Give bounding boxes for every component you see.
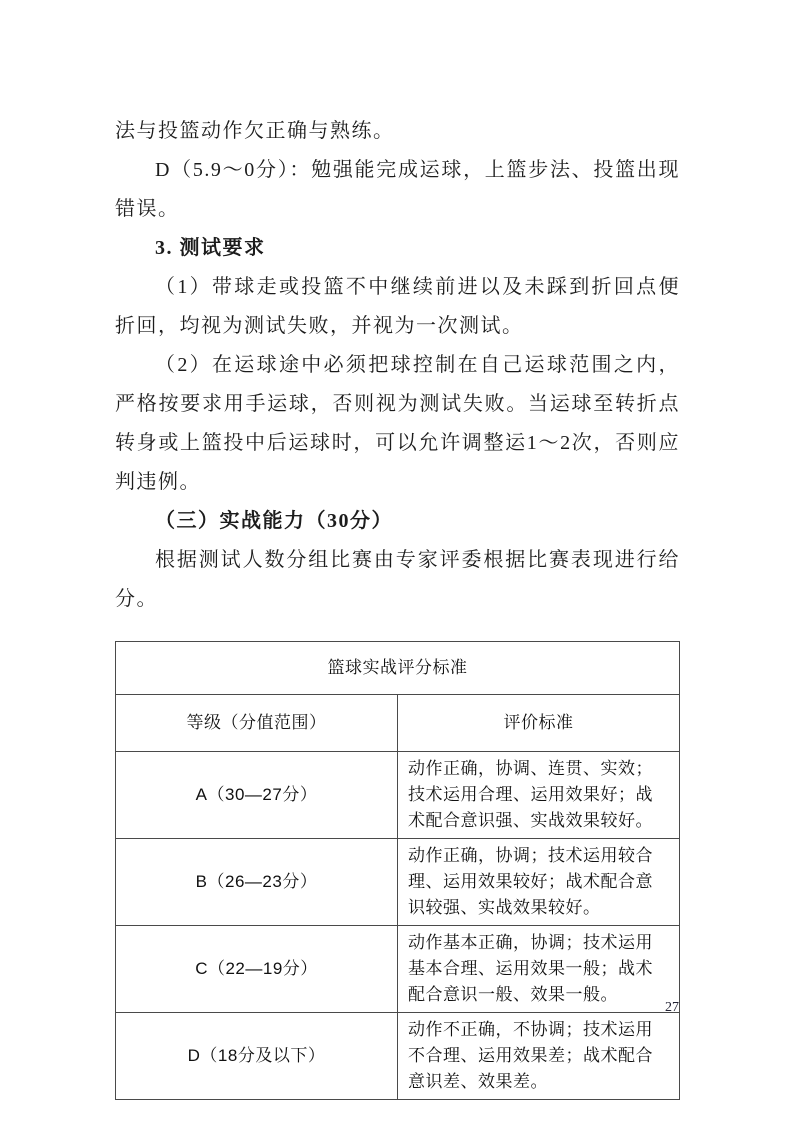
column-header-grade: 等级（分值范围） <box>116 695 398 752</box>
paragraph-grade-d-criteria: D（5.9～0分）：勉强能完成运球，上篮步法、投篮出现错误。 <box>115 151 680 229</box>
table-row-grade-a: A（30—27分） 动作正确，协调、连贯、实效；技术运用合理、运用效果好；战术配… <box>116 752 680 839</box>
heading-practical-ability: （三）实战能力（30分） <box>115 502 680 541</box>
content-area: 法与投篮动作欠正确与熟练。 D（5.9～0分）：勉强能完成运球，上篮步法、投篮出… <box>115 112 680 1100</box>
paragraph-requirement-2: （2）在运球途中必须把球控制在自己运球范围之内，严格按要求用手运球，否则视为测试… <box>115 346 680 502</box>
paragraph-requirement-1: （1）带球走或投篮不中继续前进以及未踩到折回点便折回，均视为测试失败，并视为一次… <box>115 268 680 346</box>
table-caption: 篮球实战评分标准 <box>116 642 680 695</box>
basketball-scoring-table: 篮球实战评分标准 等级（分值范围） 评价标准 A（30—27分） 动作正确，协调… <box>115 641 680 1100</box>
paragraph-continuation: 法与投篮动作欠正确与熟练。 <box>115 112 680 151</box>
grade-cell: B（26—23分） <box>116 839 398 926</box>
table-caption-row: 篮球实战评分标准 <box>116 642 680 695</box>
criteria-cell: 动作基本正确，协调；技术运用基本合理、运用效果一般；战术配合意识一般、效果一般。 <box>398 926 680 1013</box>
table-header-row: 等级（分值范围） 评价标准 <box>116 695 680 752</box>
table-row-grade-b: B（26—23分） 动作正确，协调；技术运用较合理、运用效果较好；战术配合意识较… <box>116 839 680 926</box>
table-row-grade-c: C（22—19分） 动作基本正确，协调；技术运用基本合理、运用效果一般；战术配合… <box>116 926 680 1013</box>
column-header-criteria: 评价标准 <box>398 695 680 752</box>
criteria-cell: 动作正确，协调；技术运用较合理、运用效果较好；战术配合意识较强、实战效果较好。 <box>398 839 680 926</box>
page-number: 27 <box>665 1000 679 1016</box>
document-page: 法与投篮动作欠正确与熟练。 D（5.9～0分）：勉强能完成运球，上篮步法、投篮出… <box>0 0 794 1122</box>
grade-cell: A（30—27分） <box>116 752 398 839</box>
criteria-cell: 动作不正确，不协调；技术运用不合理、运用效果差；战术配合意识差、效果差。 <box>398 1013 680 1100</box>
heading-test-requirements: 3. 测试要求 <box>115 229 680 268</box>
table-row-grade-d: D（18分及以下） 动作不正确，不协调；技术运用不合理、运用效果差；战术配合意识… <box>116 1013 680 1100</box>
criteria-cell: 动作正确，协调、连贯、实效；技术运用合理、运用效果好；战术配合意识强、实战效果较… <box>398 752 680 839</box>
grade-cell: D（18分及以下） <box>116 1013 398 1100</box>
grade-cell: C（22—19分） <box>116 926 398 1013</box>
paragraph-grouping-note: 根据测试人数分组比赛由专家评委根据比赛表现进行给分。 <box>115 541 680 619</box>
